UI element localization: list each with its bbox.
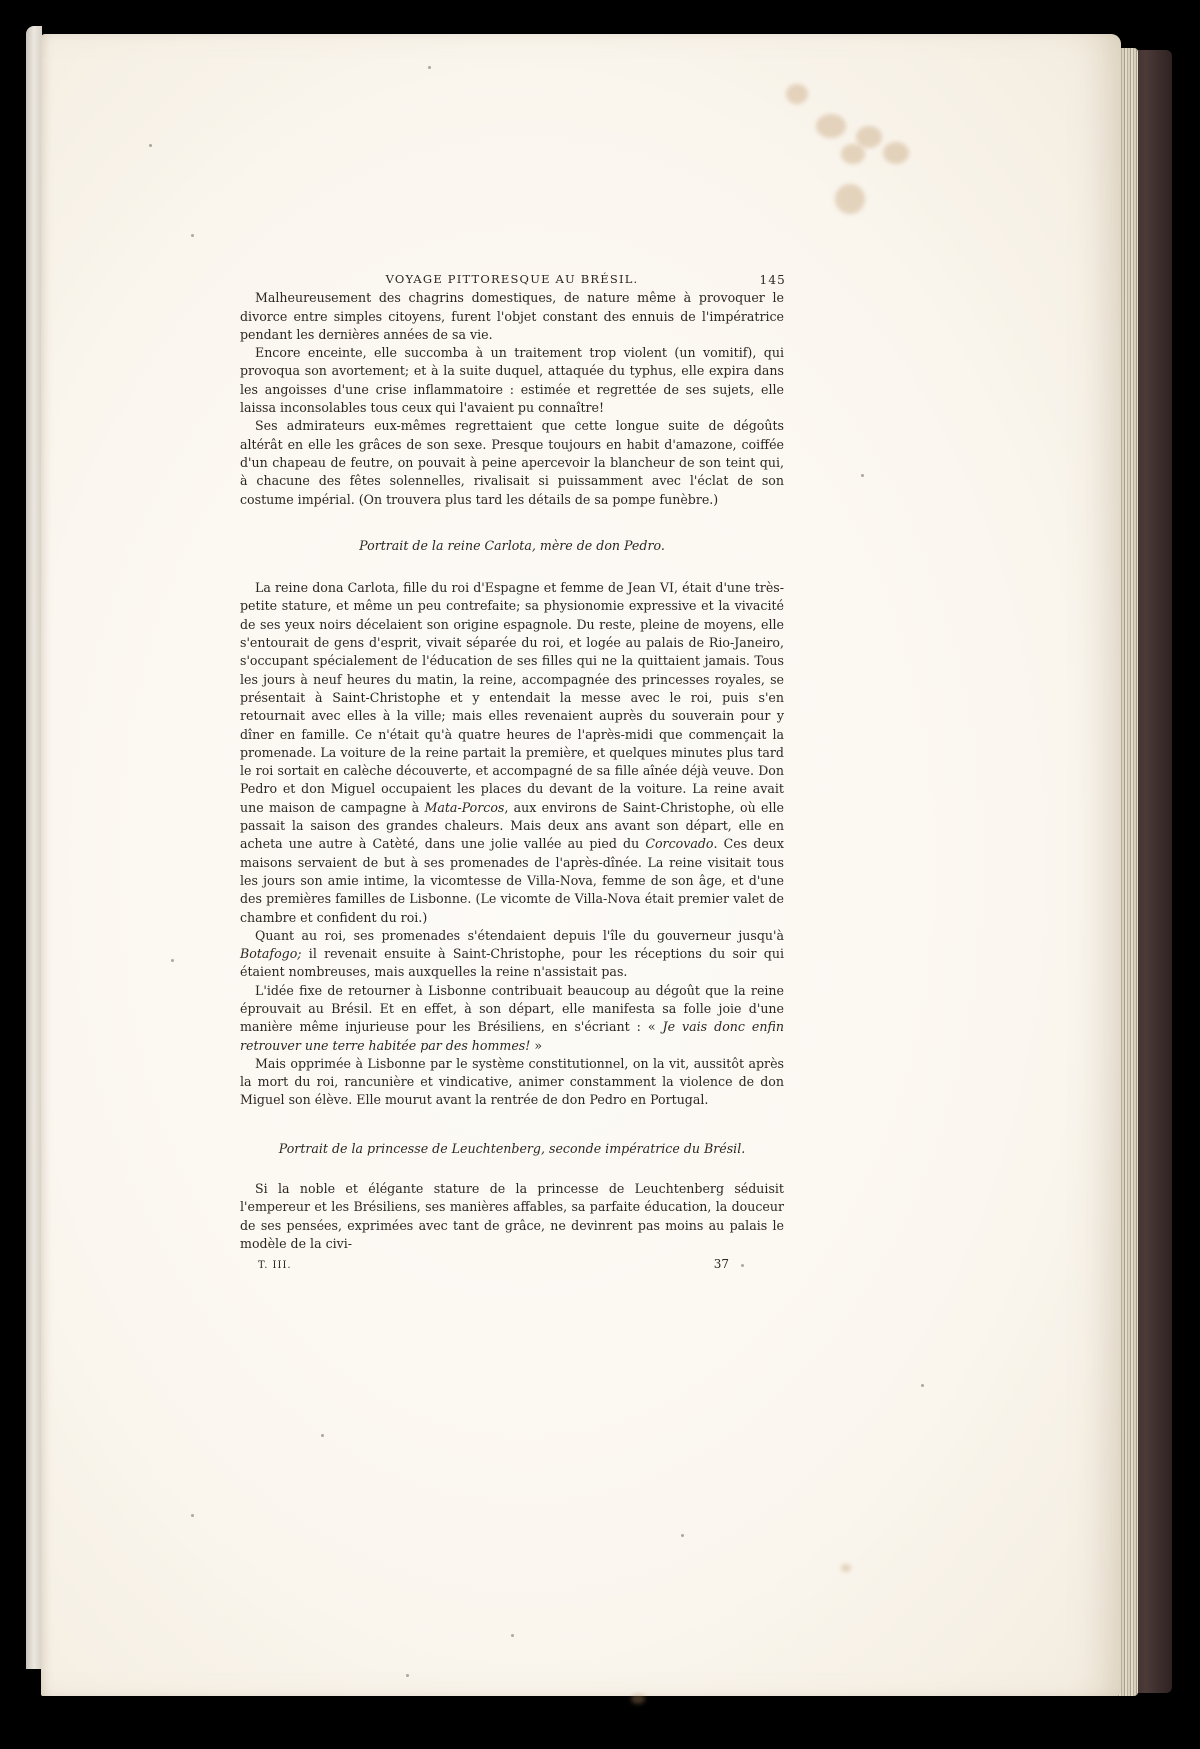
paragraph: Encore enceinte, elle succomba à un trai…: [240, 344, 784, 417]
paragraph: Malheureusement des chagrins domestiques…: [240, 289, 784, 344]
text-run: La reine dona Carlota, fille du roi d'Es…: [240, 580, 784, 815]
place-name: Corcovado: [645, 836, 713, 851]
section-heading-carlota: Portrait de la reine Carlota, mère de do…: [240, 537, 784, 555]
speck: [861, 474, 864, 477]
speck: [191, 234, 194, 237]
speck: [171, 959, 174, 962]
text-run: »: [530, 1038, 542, 1053]
paragraph: Si la noble et élégante stature de la pr…: [240, 1180, 784, 1253]
speck: [406, 1674, 409, 1677]
section-heading-leuchtenberg: Portrait de la princesse de Leuchtenberg…: [240, 1140, 784, 1158]
text-column: VOYAGE PITTORESQUE AU BRÉSIL. 145 Malheu…: [240, 270, 784, 1273]
foxing-spot: [841, 1564, 851, 1572]
speck: [428, 66, 431, 69]
foxing-spot: [631, 1694, 645, 1704]
place-name: Mata-Porcos: [424, 800, 504, 815]
running-head: VOYAGE PITTORESQUE AU BRÉSIL. 145: [240, 270, 784, 288]
book-scan: VOYAGE PITTORESQUE AU BRÉSIL. 145 Malheu…: [0, 0, 1200, 1749]
foxing-spot: [835, 184, 865, 214]
paragraph: Ses admirateurs eux-mêmes regrettaient q…: [240, 417, 784, 508]
running-head-title: VOYAGE PITTORESQUE AU BRÉSIL.: [386, 272, 639, 286]
sheet-number: 37: [714, 1255, 729, 1273]
paragraph: Quant au roi, ses promenades s'étendaien…: [240, 927, 784, 982]
text-run: il revenait ensuite à Saint-Christophe, …: [240, 946, 784, 979]
signature-mark: T. III.: [258, 1257, 292, 1275]
foxing-spot: [856, 126, 882, 148]
speck: [321, 1434, 324, 1437]
speck: [511, 1634, 514, 1637]
foxing-spot: [816, 114, 846, 138]
text-run: Quant au roi, ses promenades s'étendaien…: [255, 928, 784, 943]
foxing-spot: [883, 142, 909, 164]
paragraph: La reine dona Carlota, fille du roi d'Es…: [240, 579, 784, 927]
paragraph: Mais opprimée à Lisbonne par le système …: [240, 1055, 784, 1110]
speck: [191, 1514, 194, 1517]
place-name: Botafogo;: [240, 946, 302, 961]
speck: [921, 1384, 924, 1387]
page-footer: T. III. 37: [240, 1255, 784, 1273]
speck: [681, 1534, 684, 1537]
left-page-edge: [26, 26, 42, 1669]
foxing-spot: [786, 84, 808, 104]
paragraph: L'idée fixe de retourner à Lisbonne cont…: [240, 982, 784, 1055]
speck: [149, 144, 152, 147]
foxing-spot: [841, 144, 865, 164]
page-number: 145: [759, 271, 786, 289]
